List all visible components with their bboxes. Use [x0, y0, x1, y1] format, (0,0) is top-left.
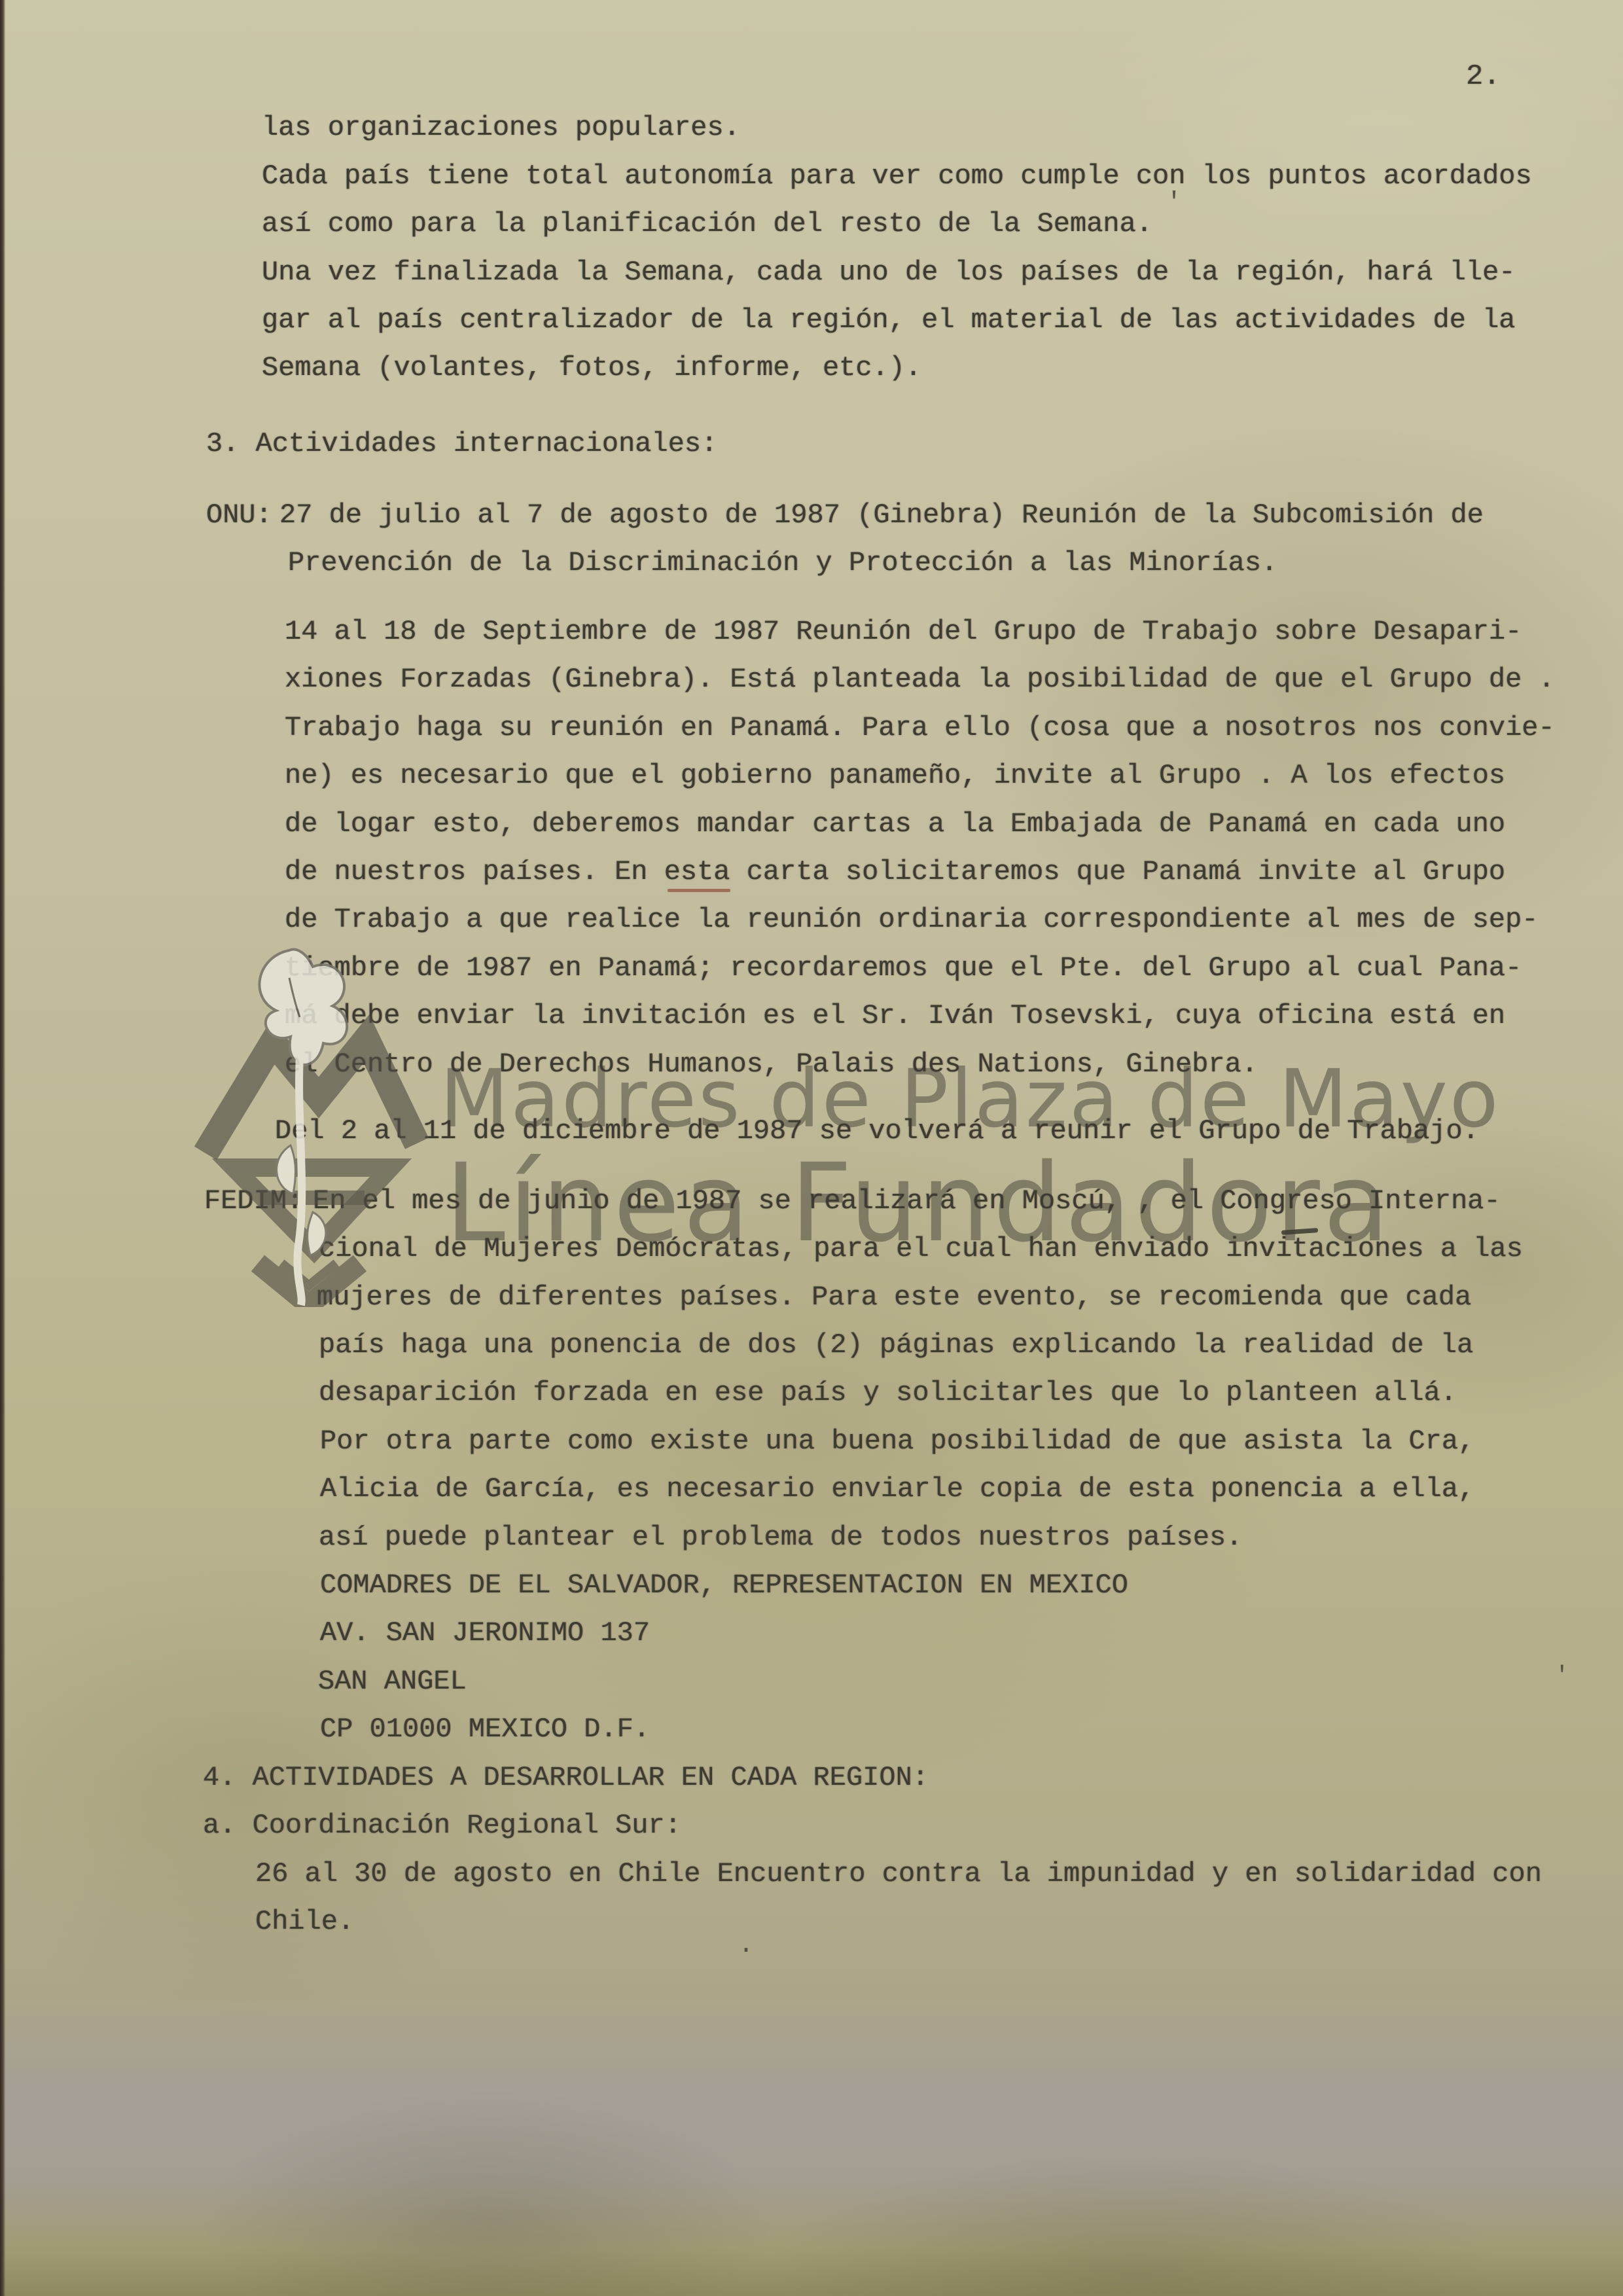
text-line: de nuestros países. En esta carta solici…: [285, 856, 1505, 888]
address-line: SAN ANGEL: [318, 1666, 467, 1697]
text-line: 26 al 30 de agosto en Chile Encuentro co…: [255, 1858, 1542, 1890]
text-line: Prevención de la Discriminación y Protec…: [288, 547, 1277, 579]
text-line: así como para la planificación del resto…: [262, 208, 1152, 240]
text-line: Una vez finalizada la Semana, cada uno d…: [262, 257, 1516, 288]
scanned-document-page: 2. las organizaciones populares. Cada pa…: [0, 0, 1623, 2296]
text-line: 27 de julio al 7 de agosto de 1987 (Gine…: [279, 499, 1484, 531]
watermark-text-line1: Madres de Plaza de Mayo: [440, 1052, 1501, 1145]
text-line: ne) es necesario que el gobierno panameñ…: [285, 760, 1505, 791]
text-line: de logar esto, deberemos mandar cartas a…: [285, 808, 1505, 840]
address-line: CP 01000 MEXICO D.F.: [320, 1713, 650, 1745]
text-line: xiones Forzadas (Ginebra). Está plantead…: [285, 664, 1555, 695]
text-line: Semana (volantes, fotos, informe, etc.).: [262, 352, 921, 384]
heading-section-4: 4. ACTIVIDADES A DESARROLLAR EN CADA REG…: [203, 1762, 929, 1793]
scan-edge-shadow: [0, 0, 5, 2296]
stray-apostrophe-mark: ': [1166, 188, 1182, 218]
text-line: gar al país centralizador de la región, …: [262, 304, 1516, 336]
text-line: Chile.: [255, 1906, 354, 1937]
text-line: Cada país tiene total autonomía para ver…: [262, 160, 1532, 192]
text-line: las organizaciones populares.: [262, 112, 740, 143]
onu-label: ONU:: [206, 499, 272, 531]
text-line: país haga una ponencia de dos (2) página…: [319, 1329, 1473, 1361]
heading-section-3: 3. Actividades internacionales:: [206, 428, 717, 459]
text-line: Trabajo haga su reunión en Panamá. Para …: [285, 712, 1555, 744]
text-line: así puede plantear el problema de todos …: [319, 1522, 1242, 1553]
text-line: desaparición forzada en ese país y solic…: [319, 1377, 1457, 1408]
heading-region-sur: a. Coordinación Regional Sur:: [203, 1810, 681, 1841]
stray-dot-mark: .: [738, 1931, 754, 1960]
text-line: Por otra parte como existe una buena pos…: [320, 1426, 1474, 1457]
text-line: 14 al 18 de Septiembre de 1987 Reunión d…: [285, 616, 1522, 647]
text-line: de Trabajo a que realice la reunión ordi…: [285, 904, 1539, 935]
text-line: mujeres de diferentes países. Para este …: [317, 1282, 1471, 1313]
page-number: 2.: [1466, 60, 1501, 94]
address-line: AV. SAN JERONIMO 137: [320, 1617, 650, 1649]
address-line: COMADRES DE EL SALVADOR, REPRESENTACION …: [320, 1570, 1128, 1601]
stray-apostrophe-mark: ': [1555, 1662, 1569, 1689]
red-underline-mark: [668, 889, 730, 892]
text-line: Alicia de García, es necesario enviarle …: [320, 1473, 1474, 1505]
watermark-text-line2: Línea Fundadora: [445, 1140, 1393, 1266]
madres-logo-icon: [191, 937, 473, 1307]
